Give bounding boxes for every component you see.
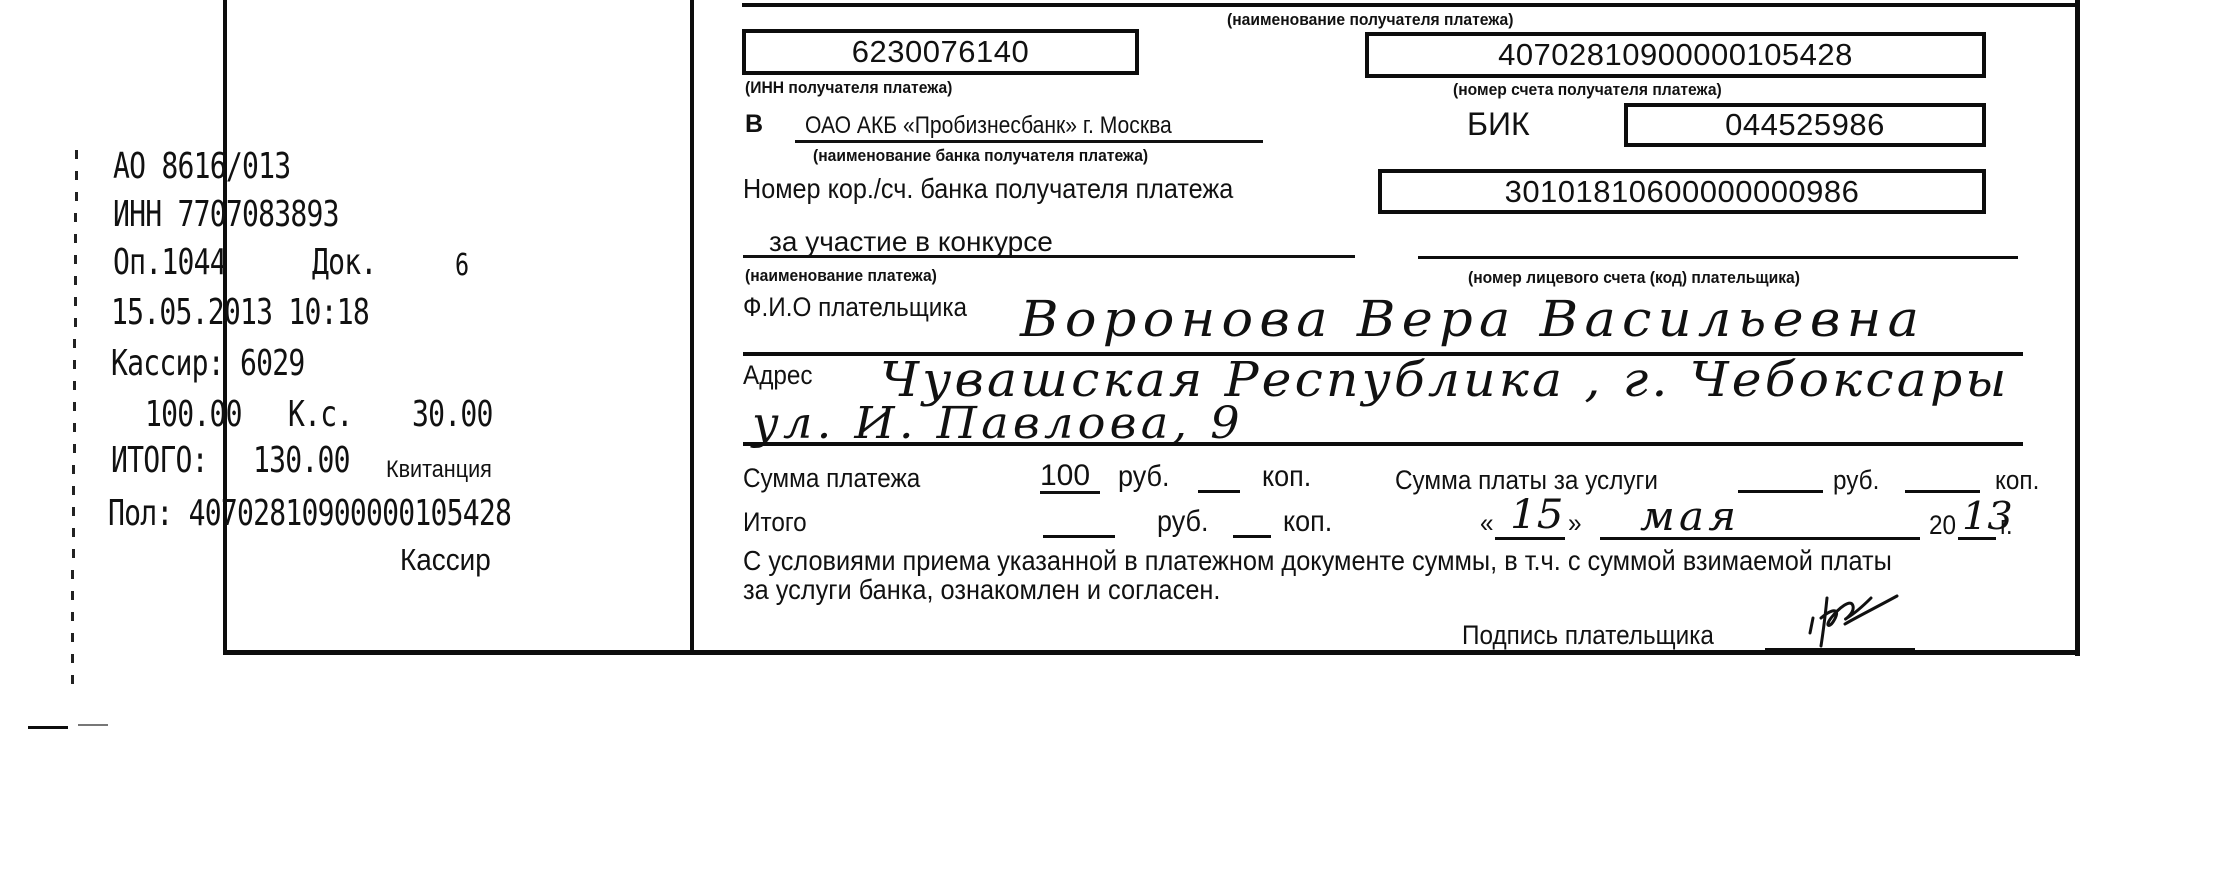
corr-account-value: 30101810600000000986 [1505, 174, 1860, 210]
bank-prefix: В [745, 110, 763, 139]
cut-line-dash [71, 633, 74, 642]
payment-name-caption: (наименование платежа) [745, 266, 937, 286]
date-month-line [1600, 537, 1920, 540]
cut-line-dash [74, 255, 77, 264]
address-label: Адрес [743, 360, 813, 391]
terms-line2: за услуги банка, ознакомлен и согласен. [743, 574, 1220, 606]
total-label: Итого [743, 507, 807, 538]
bank-name: ОАО АКБ «Пробизнесбанк» г. Москва [795, 112, 1263, 143]
cut-line-dash [71, 591, 74, 600]
receipt-total-value: 130.00 [253, 440, 350, 481]
date-day-handwritten: 15 [1510, 492, 1563, 538]
service-fee-kop-blank [1905, 490, 1980, 493]
account-value: 40702810900000105428 [1498, 37, 1853, 73]
sum-rub-unit: руб. [1118, 460, 1169, 494]
inn-field: 6230076140 [742, 29, 1139, 75]
bank-caption: (наименование банка получателя платежа) [813, 146, 1148, 166]
receipt-kassir-label: Кассир [400, 542, 491, 578]
cut-line-dash [72, 549, 75, 558]
receipt-total-label: ИТОГО: [111, 440, 208, 481]
date-day-line [1495, 537, 1565, 540]
recipient-name-line [742, 3, 2075, 7]
receipt-commission-label: К.с. [288, 394, 353, 435]
account-caption: (номер счета получателя платежа) [1453, 80, 1722, 100]
personal-account-caption: (номер лицевого счета (код) плательщика) [1468, 268, 1800, 288]
sum-label: Сумма платежа [743, 463, 920, 494]
receipt-doc-label: Док. [312, 242, 377, 283]
cut-line-dash [75, 171, 78, 180]
cut-line-dash [75, 192, 78, 201]
personal-account-line [1418, 256, 2018, 259]
cut-line-dash [72, 507, 75, 516]
cut-line-dash [75, 150, 78, 159]
sum-kop-unit: коп. [1262, 460, 1311, 494]
terms-line1: С условиями приема указанной в платежном… [743, 545, 1892, 577]
cut-line-dash [71, 675, 74, 684]
cut-line-dash [72, 528, 75, 537]
payment-name-value: за участие в конкурсе [769, 226, 1053, 257]
cut-line-dash [73, 339, 76, 348]
receipt-kvitancia-label: Квитанция [386, 456, 492, 484]
service-fee-kop-unit: коп. [1995, 465, 2039, 496]
corr-account-field: 30101810600000000986 [1378, 169, 1986, 214]
bottom-mark [28, 726, 68, 729]
receipt-branch: АО 8616/013 [113, 146, 290, 187]
service-fee-rub-blank [1738, 490, 1823, 493]
bik-field: 044525986 [1624, 103, 1986, 147]
receipt-commission-value: 30.00 [412, 394, 493, 435]
receipt-inn: ИНН 7707083893 [113, 194, 339, 235]
bik-label: БИК [1467, 106, 1530, 143]
inn-value: 6230076140 [852, 34, 1029, 70]
sum-rub-text: 100 [1040, 461, 1100, 494]
date-quote-open: « [1480, 508, 1494, 539]
receipt-datetime: 15.05.2013 10:18 [111, 292, 369, 333]
cut-line-dash [71, 570, 74, 579]
cut-line-dash [73, 381, 76, 390]
date-quote-close: » [1568, 508, 1582, 539]
date-year-suffix-label: г. [2000, 510, 2013, 541]
total-kop-unit: коп. [1283, 505, 1332, 539]
form-right-border [2075, 0, 2080, 656]
receipt-doc-number: 6 [455, 248, 468, 283]
total-kop-blank [1233, 535, 1271, 538]
sum-rub-value: 100 [1040, 459, 1100, 494]
cut-line-dash [74, 276, 77, 285]
account-field: 40702810900000105428 [1365, 32, 1986, 78]
form-divider [690, 0, 694, 652]
sum-kop-blank [1198, 490, 1240, 493]
payment-name-field: за участие в конкурсе [743, 226, 1355, 258]
cut-line-dash [74, 297, 77, 306]
date-year-prefix: 20 [1929, 510, 1956, 541]
payer-label: Ф.И.О плательщика [743, 292, 967, 323]
recipient-name-caption: (наименование получателя платежа) [1227, 10, 1513, 30]
signature-label: Подпись плательщика [1462, 620, 1714, 651]
date-year-line [1958, 537, 1996, 540]
receipt-cashier: Кассир: 6029 [111, 343, 305, 384]
cut-line-dash [74, 234, 77, 243]
bottom-mark [78, 724, 108, 726]
cut-line-dash [73, 423, 76, 432]
cut-line-dash [74, 318, 77, 327]
receipt-amount: 100.00 [145, 394, 242, 435]
address-line [743, 442, 2023, 446]
bank-name-text: ОАО АКБ «Пробизнесбанк» г. Москва [805, 112, 1172, 140]
total-rub-unit: руб. [1157, 505, 1208, 539]
cut-line-dash [73, 360, 76, 369]
corr-label: Номер кор./сч. банка получателя платежа [743, 173, 1233, 205]
receipt-recipient-account: Пол: 40702810900000105428 [108, 493, 511, 534]
date-month-handwritten: мая [1640, 494, 1740, 540]
bik-value: 044525986 [1725, 107, 1885, 143]
cut-line-dash [73, 444, 76, 453]
service-fee-rub-unit: руб. [1833, 465, 1879, 496]
cut-line-dash [73, 402, 76, 411]
cut-line-dash [72, 486, 75, 495]
cut-line-dash [71, 654, 74, 663]
cut-line-dash [74, 213, 77, 222]
total-rub-blank [1043, 535, 1115, 538]
inn-caption: (ИНН получателя платежа) [745, 78, 952, 98]
cut-line-dash [71, 612, 74, 621]
receipt-operation: Оп.1044 [113, 242, 226, 283]
payer-name-handwritten: Воронова Вера Васильевна [1020, 290, 1925, 348]
payer-signature [1805, 588, 1905, 650]
cut-line-dash [72, 465, 75, 474]
